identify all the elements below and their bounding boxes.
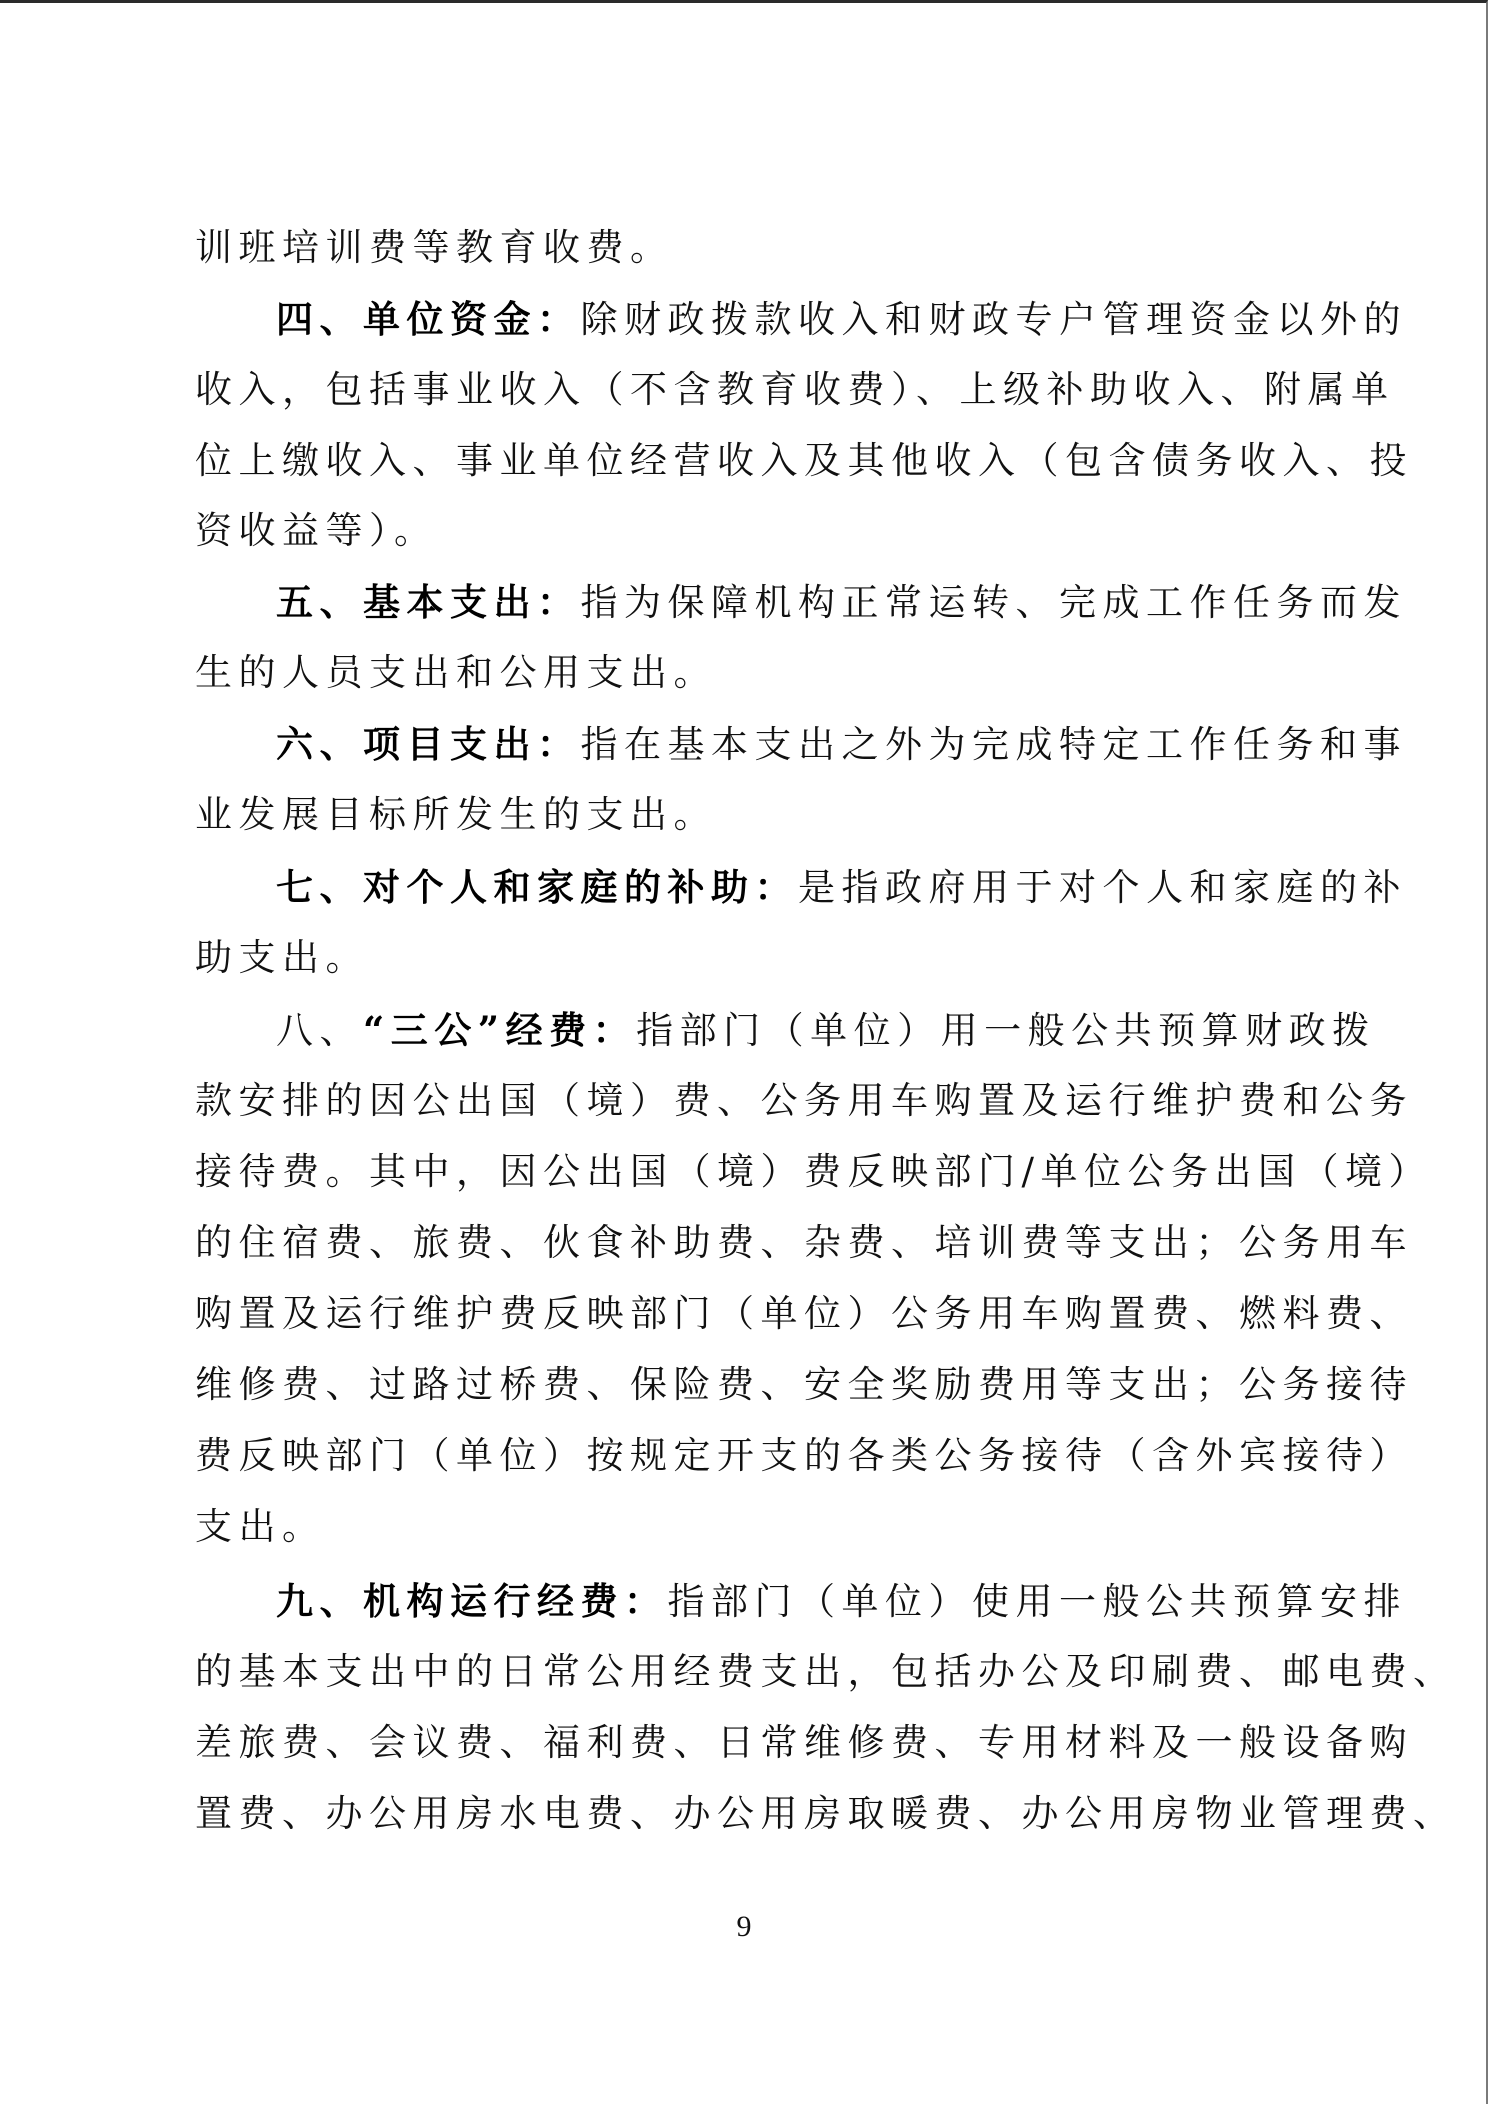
section-heading: 九、机构运行经费： xyxy=(276,1579,668,1623)
paragraph-first-line: 九、机构运行经费：指部门（单位）使用一般公共预算安排 xyxy=(276,1579,1407,1623)
paragraph-text: 指在基本支出之外为完成特定工作任务和事 xyxy=(581,723,1408,766)
paragraph-first-line: 四、单位资金：除财政拨款收入和财政专户管理资金以外的 xyxy=(276,297,1407,341)
paragraph-line: 维修费、过路过桥费、保险费、安全奖励费用等支出；公务接待 xyxy=(195,1363,1413,1407)
section-heading: 六、项目支出： xyxy=(276,722,581,766)
paragraph-line: 差旅费、会议费、福利费、日常维修费、专用材料及一般设备购 xyxy=(195,1721,1413,1765)
page-number: 9 xyxy=(0,1909,1488,1945)
paragraph-first-line: 六、项目支出：指在基本支出之外为完成特定工作任务和事 xyxy=(276,722,1407,766)
section-heading: 五、基本支出： xyxy=(276,580,581,624)
paragraph-text: 除财政拨款收入和财政专户管理资金以外的 xyxy=(581,298,1408,341)
section-number: 八、 xyxy=(276,1009,363,1052)
paragraph-line: 资收益等）。 xyxy=(195,509,438,553)
paragraph-line: 购置及运行维护费反映部门（单位）公务用车购置费、燃料费、 xyxy=(195,1292,1413,1336)
paragraph-line: 接待费。其中，因公出国（境）费反映部门/单位公务出国（境） xyxy=(195,1150,1432,1194)
section-heading: 四、单位资金： xyxy=(276,297,581,341)
paragraph-text: 是指政府用于对个人和家庭的补 xyxy=(798,866,1407,909)
paragraph-line: 位上缴收入、事业单位经营收入及其他收入（包含债务收入、投 xyxy=(195,439,1413,483)
paragraph-line: 生的人员支出和公用支出。 xyxy=(195,651,717,695)
section-heading: “三公”经费： xyxy=(363,1008,636,1052)
paragraph-text: 指部门（单位）使用一般公共预算安排 xyxy=(668,1580,1408,1623)
paragraph-line: 费反映部门（单位）按规定开支的各类公务接待（含外宾接待） xyxy=(195,1434,1413,1478)
paragraph-line: 助支出。 xyxy=(195,936,369,980)
paragraph-line: 的基本支出中的日常公用经费支出，包括办公及印刷费、邮电费、 xyxy=(195,1650,1457,1694)
paragraph-text: 指部门（单位）用一般公共预算财政拨 xyxy=(636,1009,1376,1052)
section-heading: 七、对个人和家庭的补助： xyxy=(276,865,798,909)
paragraph-first-line: 八、“三公”经费：指部门（单位）用一般公共预算财政拨 xyxy=(276,1008,1376,1052)
paragraph-line: 的住宿费、旅费、伙食补助费、杂费、培训费等支出；公务用车 xyxy=(195,1221,1413,1265)
paragraph-text: 指为保障机构正常运转、完成工作任务而发 xyxy=(581,581,1408,624)
paragraph-first-line: 五、基本支出：指为保障机构正常运转、完成工作任务而发 xyxy=(276,580,1407,624)
paragraph-line: 收入，包括事业收入（不含教育收费）、上级补助收入、附属单 xyxy=(195,368,1395,412)
paragraph-line: 业发展目标所发生的支出。 xyxy=(195,793,717,837)
paragraph-line: 训班培训费等教育收费。 xyxy=(195,226,674,270)
paragraph-line: 款安排的因公出国（境）费、公务用车购置及运行维护费和公务 xyxy=(195,1079,1413,1123)
paragraph-line: 置费、办公用房水电费、办公用房取暖费、办公用房物业管理费、 xyxy=(195,1792,1457,1836)
document-page: 训班培训费等教育收费。 四、单位资金：除财政拨款收入和财政专户管理资金以外的 收… xyxy=(0,0,1488,2104)
paragraph-line: 支出。 xyxy=(195,1505,326,1549)
paragraph-first-line: 七、对个人和家庭的补助：是指政府用于对个人和家庭的补 xyxy=(276,865,1407,909)
